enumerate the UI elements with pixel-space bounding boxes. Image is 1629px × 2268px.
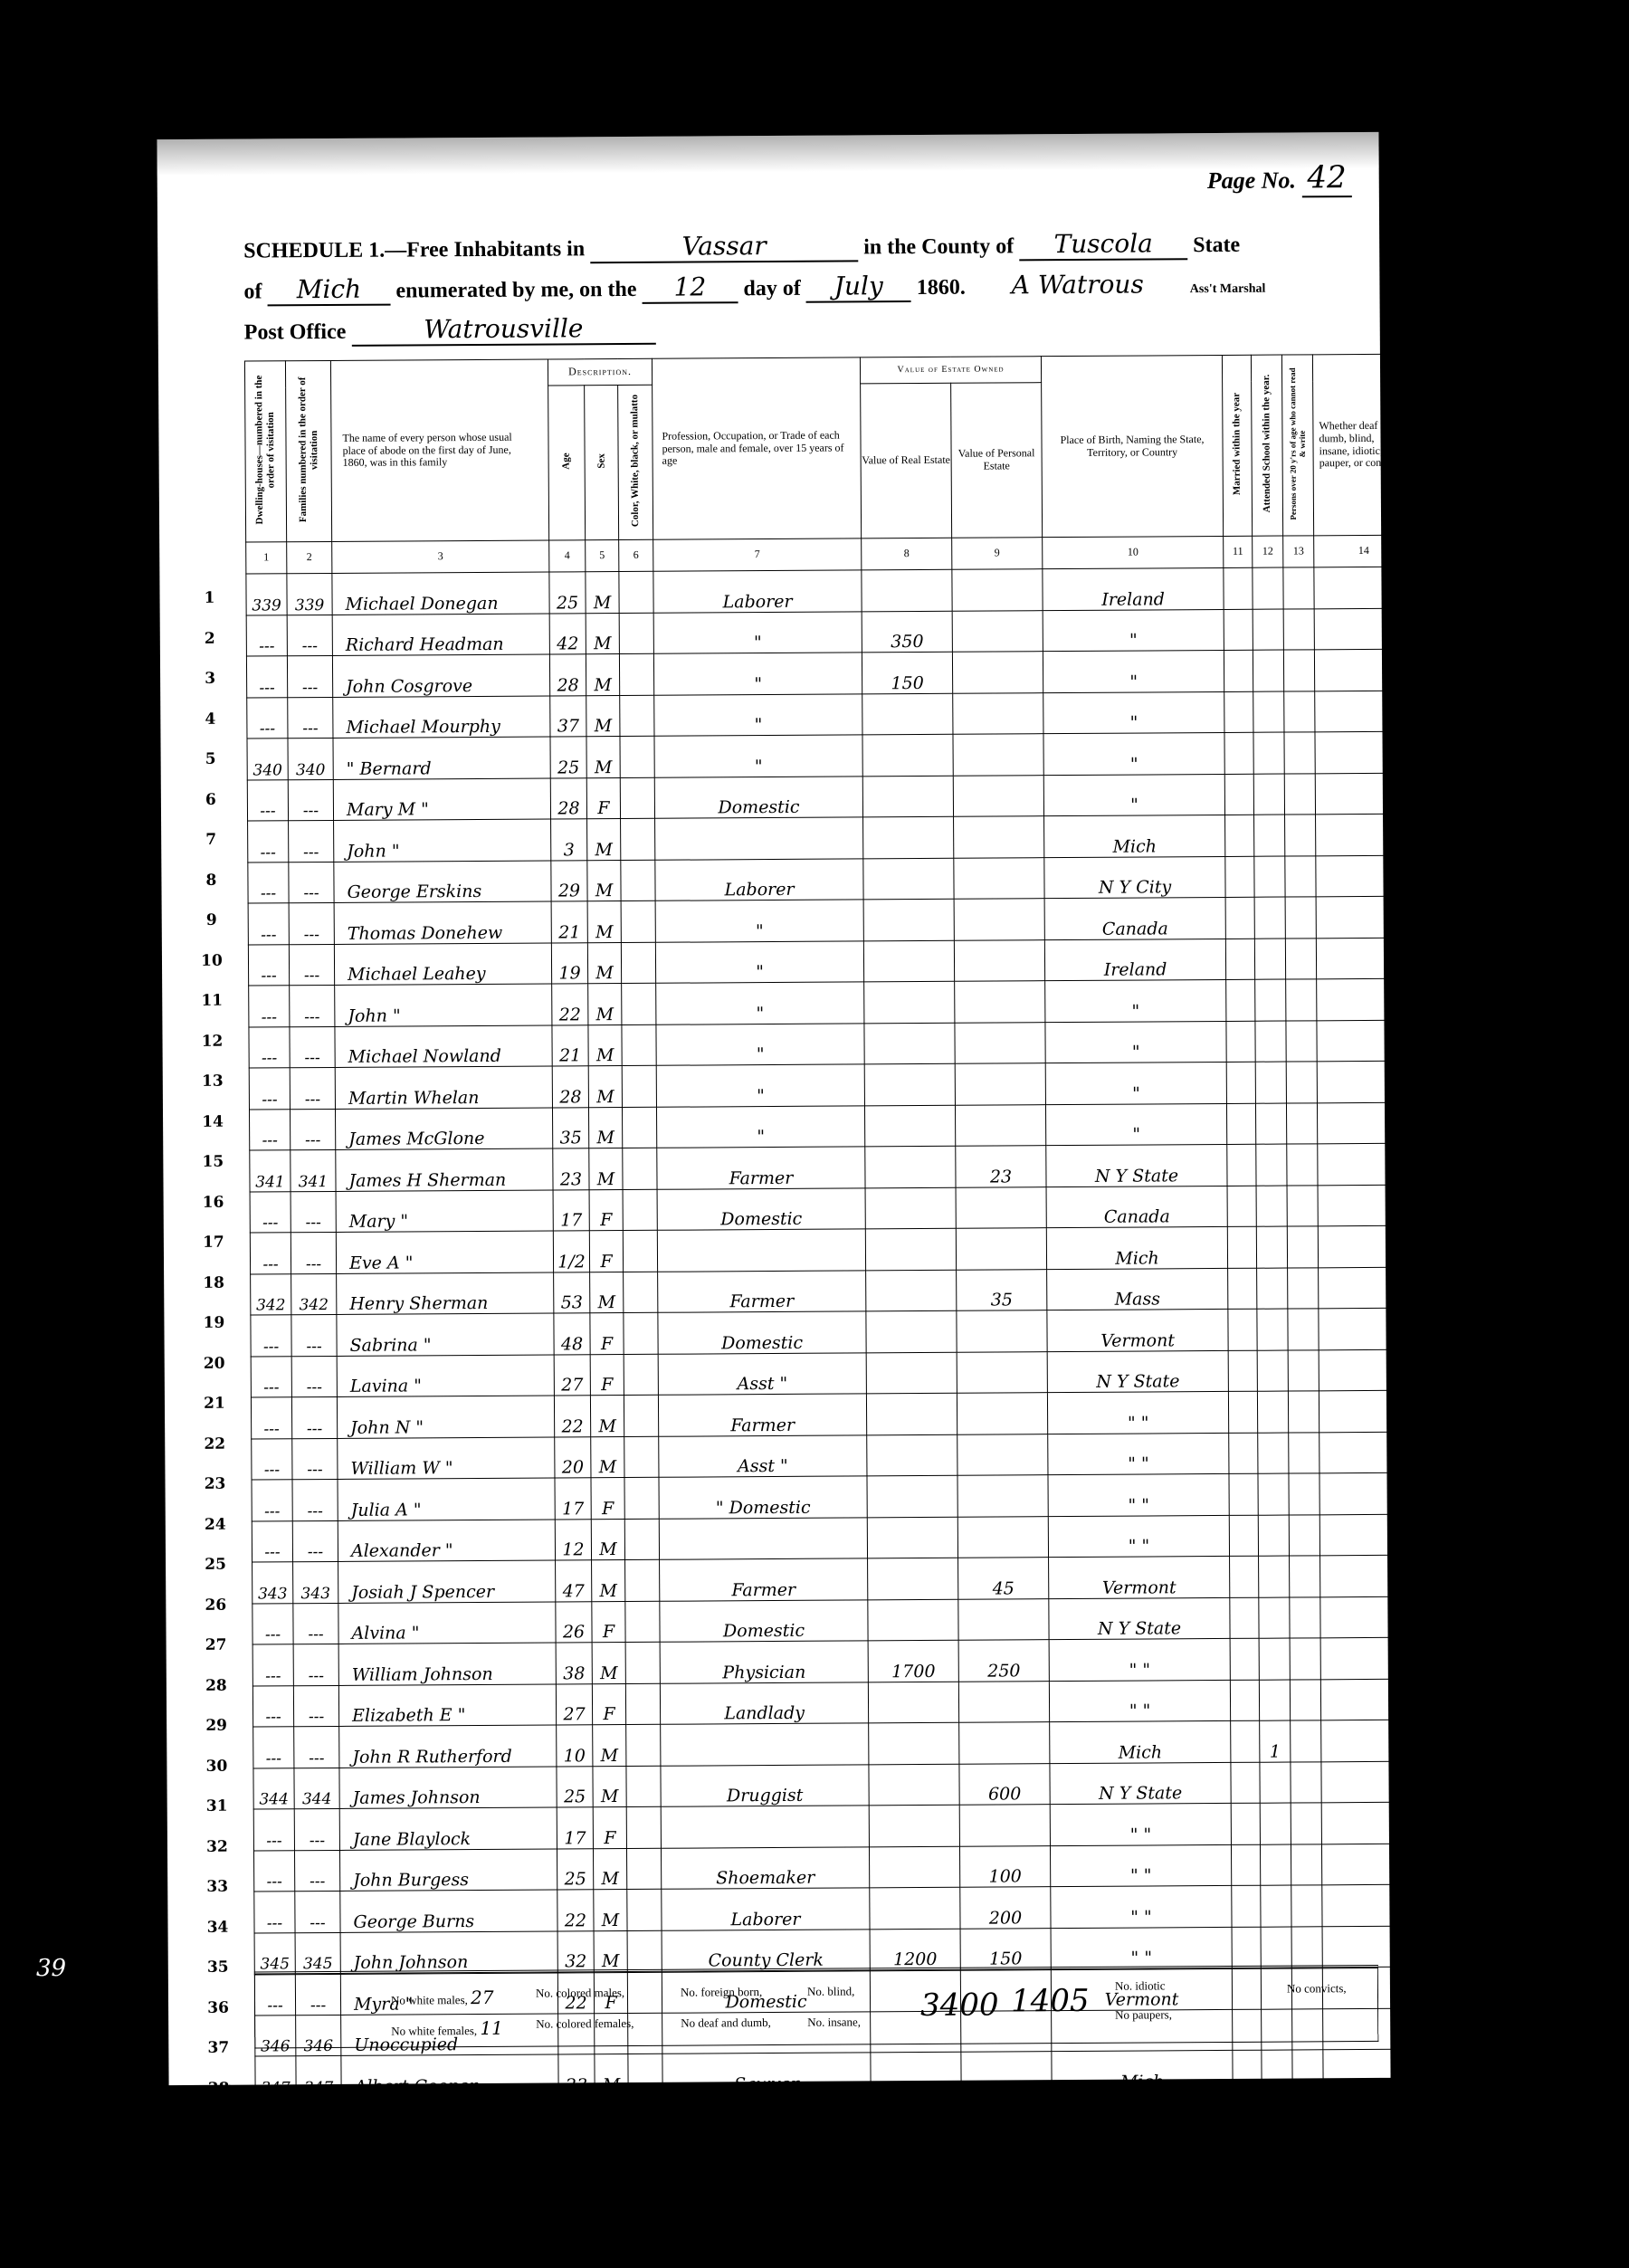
col-header-color: Color, White, black, or mulatto bbox=[618, 385, 653, 539]
cell-married bbox=[1229, 1515, 1258, 1557]
cell-birth: Mich bbox=[1050, 1720, 1231, 1763]
cell-school bbox=[1256, 1226, 1287, 1268]
line-number: 11 bbox=[1379, 963, 1415, 981]
col-header-personal-estate: Value of Personal Estate bbox=[951, 383, 1043, 538]
marshal-name: A Watrous bbox=[971, 269, 1185, 300]
cell-married bbox=[1224, 650, 1253, 691]
cell-married bbox=[1230, 1556, 1259, 1597]
cell-family: --- bbox=[292, 1520, 338, 1562]
cell-occupation bbox=[659, 1517, 867, 1559]
cell-dwelling: --- bbox=[252, 1480, 292, 1521]
cell-real bbox=[865, 1105, 956, 1147]
white-males: No white males, 27 bbox=[391, 1987, 494, 2009]
col-header-married: Married within the year bbox=[1222, 355, 1252, 536]
cell-name: George Erskins bbox=[334, 860, 551, 902]
cell-occupation: " bbox=[656, 1023, 864, 1065]
cell-family: --- bbox=[289, 820, 334, 862]
cell-remarks bbox=[1324, 2173, 1424, 2215]
cell-school bbox=[1262, 2174, 1293, 2216]
cell-sex: M bbox=[595, 2137, 628, 2178]
cell-school bbox=[1254, 815, 1285, 856]
cell-color bbox=[624, 1395, 658, 1436]
cell-color bbox=[622, 1065, 656, 1107]
cell-personal bbox=[952, 610, 1043, 652]
cell-family: --- bbox=[289, 862, 334, 903]
cell-age: 2 bbox=[558, 2137, 595, 2178]
cell-illiterate bbox=[1284, 773, 1315, 815]
cell-school bbox=[1257, 1268, 1288, 1310]
cell-illiterate bbox=[1289, 1473, 1319, 1515]
cell-occupation: " bbox=[656, 982, 864, 1024]
census-page: Page No. 42 SCHEDULE 1.—Free Inhabitants… bbox=[157, 132, 1390, 2085]
cell-dwelling: --- bbox=[247, 779, 288, 821]
cell-occupation: " bbox=[655, 900, 863, 942]
cell-family: --- bbox=[293, 1603, 338, 1644]
cell-illiterate bbox=[1291, 1926, 1322, 1968]
cell-dwelling: --- bbox=[253, 1850, 294, 1892]
line-number: 28 bbox=[1384, 1647, 1420, 1665]
cell-sex: M bbox=[590, 1272, 624, 1313]
cell-illiterate bbox=[1292, 2050, 1323, 2092]
cell-age: 19 bbox=[551, 942, 587, 984]
cell-family: --- bbox=[293, 1644, 338, 1685]
cell-occupation: " bbox=[655, 940, 863, 983]
cell-color bbox=[621, 860, 655, 901]
cell-personal bbox=[957, 1475, 1048, 1517]
cell-birth: Vermont bbox=[1047, 1309, 1228, 1351]
cell-color bbox=[624, 1354, 658, 1396]
blind: No. blind, bbox=[807, 1984, 854, 1998]
cell-age: 23 bbox=[558, 2054, 595, 2096]
cell-color bbox=[627, 1930, 662, 1972]
cell-color bbox=[625, 1642, 660, 1683]
cell-personal: 100 bbox=[960, 1845, 1051, 1887]
cell-sex: M bbox=[587, 819, 621, 861]
line-number: 31 bbox=[1384, 1768, 1420, 1787]
cell-real bbox=[867, 1475, 957, 1517]
cell-married bbox=[1228, 1268, 1257, 1310]
cell-color bbox=[624, 1477, 659, 1519]
cell-illiterate bbox=[1290, 1638, 1320, 1680]
census-table: Dwelling-houses—numbered in the order of… bbox=[244, 354, 1424, 2222]
cell-name: Albert Cooper bbox=[341, 2054, 558, 2097]
line-number: 25 bbox=[1383, 1527, 1419, 1545]
post-office-label: Post Office bbox=[244, 320, 347, 345]
cell-name: Lavina " bbox=[337, 1354, 554, 1396]
table-row: ------William W "20MAsst "" " bbox=[252, 1432, 1419, 1480]
cell-occupation: " bbox=[654, 693, 862, 736]
cell-school bbox=[1254, 939, 1285, 980]
line-number: 16 bbox=[1380, 1164, 1416, 1182]
cell-family: 342 bbox=[291, 1273, 337, 1315]
cell-family: --- bbox=[294, 1808, 339, 1850]
month-field: July bbox=[806, 271, 911, 303]
line-number: 6 bbox=[1378, 761, 1415, 779]
cell-personal bbox=[956, 1104, 1046, 1146]
cell-birth: " " bbox=[1048, 1433, 1229, 1475]
table-row: ------Jane Blaylock17F" " bbox=[253, 1802, 1421, 1850]
cell-age: 35 bbox=[552, 1107, 588, 1148]
table-row: ------James McGlone35M"" bbox=[249, 1102, 1416, 1150]
cell-occupation: Laborer bbox=[653, 570, 862, 613]
cell-real bbox=[869, 1722, 959, 1764]
cell-dwelling: --- bbox=[248, 821, 289, 862]
column-number: 3 bbox=[332, 540, 549, 573]
cell-birth: " bbox=[1043, 774, 1224, 816]
cell-age: 21 bbox=[551, 901, 587, 943]
cell-age: 25 bbox=[550, 737, 586, 778]
cell-occupation: Laborer bbox=[662, 1888, 870, 1930]
cell-family: --- bbox=[289, 902, 334, 944]
cell-real bbox=[870, 1846, 960, 1888]
cell-married bbox=[1228, 1350, 1257, 1392]
cell-illiterate bbox=[1283, 650, 1314, 691]
row-number: 12 bbox=[194, 1032, 230, 1050]
cell-age: 42 bbox=[549, 613, 586, 654]
cell-family: --- bbox=[294, 1850, 339, 1892]
enumerated-label: enumerated by me, on the bbox=[395, 278, 636, 303]
line-number: 32 bbox=[1385, 1808, 1421, 1826]
cell-married bbox=[1228, 1309, 1257, 1350]
cell-personal bbox=[952, 569, 1043, 611]
cell-occupation bbox=[662, 2135, 871, 2177]
cell-age: 17 bbox=[557, 1807, 593, 1849]
cell-color bbox=[625, 1683, 660, 1725]
col-header-school: Attended School within the year. bbox=[1251, 355, 1282, 536]
cell-birth: " " bbox=[1047, 1391, 1228, 1434]
year-label: 1860. bbox=[917, 276, 966, 300]
cell-family: --- bbox=[290, 1026, 335, 1068]
cell-real bbox=[871, 2093, 961, 2135]
row-number: 40 bbox=[201, 2159, 237, 2177]
cell-family: --- bbox=[292, 1438, 338, 1480]
cell-illiterate bbox=[1288, 1349, 1319, 1391]
line-number: 29 bbox=[1384, 1688, 1420, 1706]
table-row: 344344James Johnson25MDruggist600N Y Sta… bbox=[253, 1761, 1421, 1809]
cell-married bbox=[1224, 691, 1253, 733]
idiotic: No. idiotic bbox=[1115, 1978, 1166, 1993]
cell-sex: M bbox=[593, 1725, 626, 1767]
cell-occupation: " Domestic bbox=[659, 1476, 867, 1519]
cell-married bbox=[1226, 979, 1255, 1021]
cell-occupation: Asst " bbox=[659, 1434, 867, 1477]
cell-family: --- bbox=[290, 1109, 335, 1150]
cell-birth: Canada bbox=[1044, 897, 1225, 939]
cell-school bbox=[1258, 1515, 1289, 1557]
cell-name: John " bbox=[335, 984, 552, 1026]
day-of-label: day of bbox=[743, 277, 801, 300]
cell-family bbox=[297, 2179, 342, 2221]
cell-illiterate bbox=[1293, 2173, 1324, 2215]
cell-name: Josiah J Spencer bbox=[338, 1560, 556, 1603]
post-office-field: Watrousville bbox=[351, 313, 655, 347]
cell-age: 48 bbox=[554, 1313, 590, 1355]
cell-name: Mary M " bbox=[333, 778, 550, 821]
table-row: ------John Burgess25MShoemaker100" " bbox=[253, 1844, 1421, 1892]
row-number: 30 bbox=[198, 1757, 234, 1775]
cell-real bbox=[864, 1063, 955, 1105]
cell-school bbox=[1262, 2050, 1292, 2092]
row-number: 37 bbox=[200, 2039, 236, 2057]
colored-females: No. colored females, bbox=[536, 2016, 633, 2032]
cell-personal bbox=[958, 1598, 1049, 1640]
col-header-family: Families numbered in the order of visita… bbox=[285, 360, 331, 541]
cell-personal bbox=[954, 816, 1044, 858]
cell-illiterate bbox=[1291, 1844, 1322, 1885]
line-number: 22 bbox=[1382, 1406, 1418, 1424]
cell-family: --- bbox=[295, 1891, 340, 1932]
cell-personal bbox=[955, 1022, 1045, 1063]
cell-color bbox=[620, 736, 654, 777]
cell-school bbox=[1253, 567, 1283, 609]
cell-occupation: Physician bbox=[660, 1641, 868, 1683]
cell-illiterate bbox=[1285, 815, 1316, 856]
cell-occupation: Druggist bbox=[661, 1764, 869, 1806]
cell-married bbox=[1225, 897, 1254, 939]
state-field: Mich bbox=[267, 274, 390, 307]
cell-name: Richard Headman bbox=[332, 614, 549, 656]
cell-school bbox=[1260, 1803, 1291, 1844]
cell-occupation: " bbox=[653, 653, 862, 695]
table-row: ------Martin Whelan28M"" bbox=[249, 1061, 1416, 1109]
cell-name: James McGlone bbox=[335, 1107, 552, 1149]
cell-birth: " " bbox=[1051, 1927, 1232, 1969]
line-number: 40 bbox=[1386, 2130, 1423, 2149]
cell-illiterate bbox=[1287, 1226, 1318, 1268]
cell-real: 150 bbox=[862, 652, 952, 693]
cell-color bbox=[625, 1559, 660, 1601]
line-number: 27 bbox=[1383, 1607, 1419, 1625]
cell-sex: M bbox=[591, 1436, 624, 1478]
cell-age: 17 bbox=[555, 1478, 591, 1520]
cell-personal bbox=[961, 2092, 1052, 2134]
line-number: 34 bbox=[1385, 1889, 1421, 1907]
cell-dwelling: --- bbox=[251, 1356, 291, 1397]
cell-school bbox=[1257, 1309, 1288, 1350]
cell-personal bbox=[961, 2134, 1052, 2176]
cell-age: 28 bbox=[550, 777, 586, 819]
cell-occupation: " bbox=[654, 735, 862, 777]
cell-dwelling: 339 bbox=[246, 574, 287, 615]
cell-dwelling: --- bbox=[248, 944, 289, 986]
cell-family: --- bbox=[288, 779, 333, 821]
cell-real bbox=[863, 816, 954, 858]
cell-color bbox=[626, 1848, 661, 1890]
line-number: 18 bbox=[1381, 1244, 1417, 1263]
cell-illiterate bbox=[1291, 1761, 1321, 1803]
column-number: 1 bbox=[246, 542, 287, 574]
col-header-real-estate: Value of Real Estate bbox=[861, 383, 952, 538]
cell-birth: Ireland bbox=[1043, 567, 1224, 610]
cell-family: 343 bbox=[293, 1561, 338, 1603]
cell-married bbox=[1225, 815, 1254, 856]
cell-married bbox=[1231, 1720, 1260, 1762]
row-number: 11 bbox=[194, 992, 230, 1010]
row-number: 29 bbox=[198, 1717, 234, 1735]
cell-name: James H Sherman bbox=[336, 1148, 553, 1191]
cell-family: --- bbox=[294, 1726, 339, 1768]
cell-school bbox=[1258, 1473, 1289, 1515]
cell-illiterate bbox=[1285, 897, 1316, 939]
cell-dwelling: 342 bbox=[251, 1273, 291, 1315]
cell-color bbox=[624, 1436, 659, 1478]
cell-sex: F bbox=[592, 1601, 625, 1643]
cell-birth: " " bbox=[1050, 1803, 1231, 1845]
cell-personal: 600 bbox=[959, 1763, 1050, 1805]
cell-real bbox=[867, 1517, 957, 1558]
table-row: 342342Henry Sherman53MFarmer35Mass bbox=[251, 1267, 1418, 1315]
row-number: 17 bbox=[195, 1234, 232, 1252]
line-number: 14 bbox=[1380, 1083, 1416, 1101]
cell-real bbox=[865, 1228, 956, 1270]
colored-males: No. colored males, bbox=[536, 1986, 624, 2001]
cell-family: --- bbox=[289, 944, 334, 986]
table-row: 339339Michael Donegan25MLaborerIreland bbox=[246, 567, 1414, 615]
line-number: 3 bbox=[1377, 641, 1414, 659]
cell-color bbox=[626, 1724, 661, 1766]
line-number: 24 bbox=[1383, 1486, 1419, 1504]
schedule-line: SCHEDULE 1.—Free Inhabitants in Vassar i… bbox=[243, 228, 1240, 266]
cell-dwelling: --- bbox=[252, 1603, 293, 1644]
cell-school bbox=[1261, 1927, 1291, 1968]
cell-sex bbox=[595, 2177, 629, 2219]
cell-illiterate bbox=[1287, 1102, 1318, 1144]
cell-sex: M bbox=[588, 1024, 622, 1066]
cell-name: Eve A " bbox=[336, 1231, 553, 1273]
cell-birth: " " bbox=[1049, 1680, 1230, 1722]
cell-dwelling: --- bbox=[255, 2097, 296, 2139]
cell-personal bbox=[954, 939, 1044, 981]
table-row: ------John "22M"" bbox=[249, 978, 1416, 1026]
cell-dwelling: --- bbox=[252, 1520, 292, 1562]
cell-sex: M bbox=[594, 1890, 627, 1931]
cell-personal: 23 bbox=[956, 1146, 1046, 1187]
cell-dwelling: --- bbox=[255, 2139, 296, 2180]
row-number: 10 bbox=[194, 951, 230, 969]
table-row: ------John Cosgrove28M"150" bbox=[246, 649, 1414, 697]
line-number: 23 bbox=[1382, 1446, 1418, 1464]
cell-married bbox=[1233, 2050, 1262, 2092]
cell-illiterate bbox=[1288, 1267, 1319, 1309]
cell-illiterate bbox=[1286, 979, 1317, 1021]
line-number: 12 bbox=[1379, 1003, 1415, 1021]
cell-personal bbox=[961, 2052, 1052, 2093]
cell-personal: 250 bbox=[958, 1640, 1049, 1682]
county-label: in the County of bbox=[863, 234, 1014, 259]
cell-name: Michael Nowland bbox=[335, 1024, 552, 1067]
table-row: ------William Johnson38MPhysician1700250… bbox=[252, 1637, 1420, 1685]
cell-school bbox=[1253, 691, 1284, 733]
cell-dwelling: --- bbox=[251, 1315, 291, 1357]
cell-school: 1 bbox=[1260, 1720, 1291, 1762]
cell-name: George Burns bbox=[340, 1890, 557, 1932]
table-row: ------Frederick "2MMich bbox=[255, 2131, 1423, 2179]
cell-school bbox=[1259, 1556, 1290, 1597]
table-row: ------George Erskins29MLaborerN Y City bbox=[248, 855, 1415, 903]
cell-age: 10 bbox=[557, 1725, 593, 1767]
scan-noise bbox=[157, 132, 1378, 176]
cell-real bbox=[871, 2052, 961, 2093]
cell-age: 28 bbox=[552, 1066, 588, 1108]
col-header-sex: Sex bbox=[585, 386, 619, 540]
cell-family: --- bbox=[296, 2138, 341, 2179]
cell-married bbox=[1227, 1144, 1256, 1186]
cell-family: --- bbox=[288, 697, 333, 739]
cell-name: Frederick " bbox=[341, 2137, 558, 2179]
table-row: ------Alvina "26FDomesticN Y State bbox=[252, 1596, 1420, 1644]
cell-birth: Mich bbox=[1052, 2050, 1233, 2092]
post-office-line: Post Office Watrousville bbox=[244, 313, 656, 348]
row-number: 20 bbox=[196, 1354, 233, 1372]
cell-family: --- bbox=[291, 1232, 336, 1273]
cell-name: John Cosgrove bbox=[332, 654, 549, 697]
cell-color bbox=[620, 695, 654, 737]
col-header-age: Age bbox=[548, 386, 586, 540]
cell-family: --- bbox=[291, 1314, 337, 1356]
line-number: 38 bbox=[1386, 2050, 1422, 2068]
cell-family: --- bbox=[291, 1191, 336, 1233]
cell-birth: " bbox=[1046, 1103, 1227, 1146]
cell-sex: F bbox=[589, 1189, 623, 1231]
cell-married bbox=[1226, 1021, 1255, 1063]
cell-school bbox=[1253, 732, 1284, 774]
row-number: 5 bbox=[193, 750, 229, 768]
cell-birth: " bbox=[1043, 650, 1224, 692]
marshal-label: Ass't Marshal bbox=[1190, 282, 1266, 297]
cell-occupation: Shoemaker bbox=[662, 1846, 870, 1889]
cell-illiterate bbox=[1292, 2132, 1323, 2174]
cell-age: 21 bbox=[552, 1024, 588, 1066]
row-number: 36 bbox=[200, 1998, 236, 2016]
cell-birth: " " bbox=[1051, 1885, 1232, 1928]
cell-age: 22 bbox=[552, 984, 588, 1025]
cell-dwelling: 347 bbox=[255, 2056, 296, 2098]
row-number: 16 bbox=[195, 1193, 232, 1211]
cell-real bbox=[870, 1887, 960, 1929]
county-field: Tuscola bbox=[1019, 228, 1187, 261]
table-row: ------Michael Mourphy37M"" bbox=[247, 691, 1415, 739]
cell-color bbox=[623, 1148, 657, 1189]
cell-name: William W " bbox=[338, 1436, 555, 1479]
row-number: 25 bbox=[197, 1556, 233, 1574]
cell-occupation: Domestic bbox=[654, 776, 862, 818]
cell-occupation bbox=[661, 1806, 869, 1848]
cell-sex: M bbox=[587, 942, 621, 984]
row-number: 24 bbox=[197, 1515, 233, 1533]
white-males-value: 27 bbox=[471, 1987, 494, 2008]
cell-illiterate bbox=[1285, 938, 1316, 979]
cell-birth: Mich bbox=[1044, 815, 1225, 857]
cell-family: --- bbox=[291, 1396, 337, 1438]
column-number: 7 bbox=[653, 538, 862, 571]
cell-sex: M bbox=[587, 901, 621, 943]
summary-footer: No white males, 27 No white females, 11 … bbox=[254, 1965, 1378, 2049]
cell-dwelling: 341 bbox=[250, 1150, 291, 1192]
table-row: ------Michael Nowland21M"" bbox=[249, 1020, 1416, 1068]
row-number: 28 bbox=[198, 1676, 234, 1694]
cell-color bbox=[621, 818, 655, 860]
cell-name: Henry Sherman bbox=[337, 1272, 554, 1314]
cell-school bbox=[1255, 979, 1286, 1021]
cell-age: 22 bbox=[554, 1396, 590, 1437]
cell-age: 37 bbox=[550, 695, 586, 737]
cell-real: 1700 bbox=[868, 1640, 958, 1682]
row-number: 31 bbox=[199, 1797, 235, 1815]
cell-color bbox=[622, 1107, 656, 1148]
table-row: ------Sabrina "48FDomesticVermont bbox=[251, 1308, 1418, 1356]
cell-illiterate bbox=[1286, 1062, 1317, 1103]
cell-school bbox=[1259, 1597, 1290, 1639]
